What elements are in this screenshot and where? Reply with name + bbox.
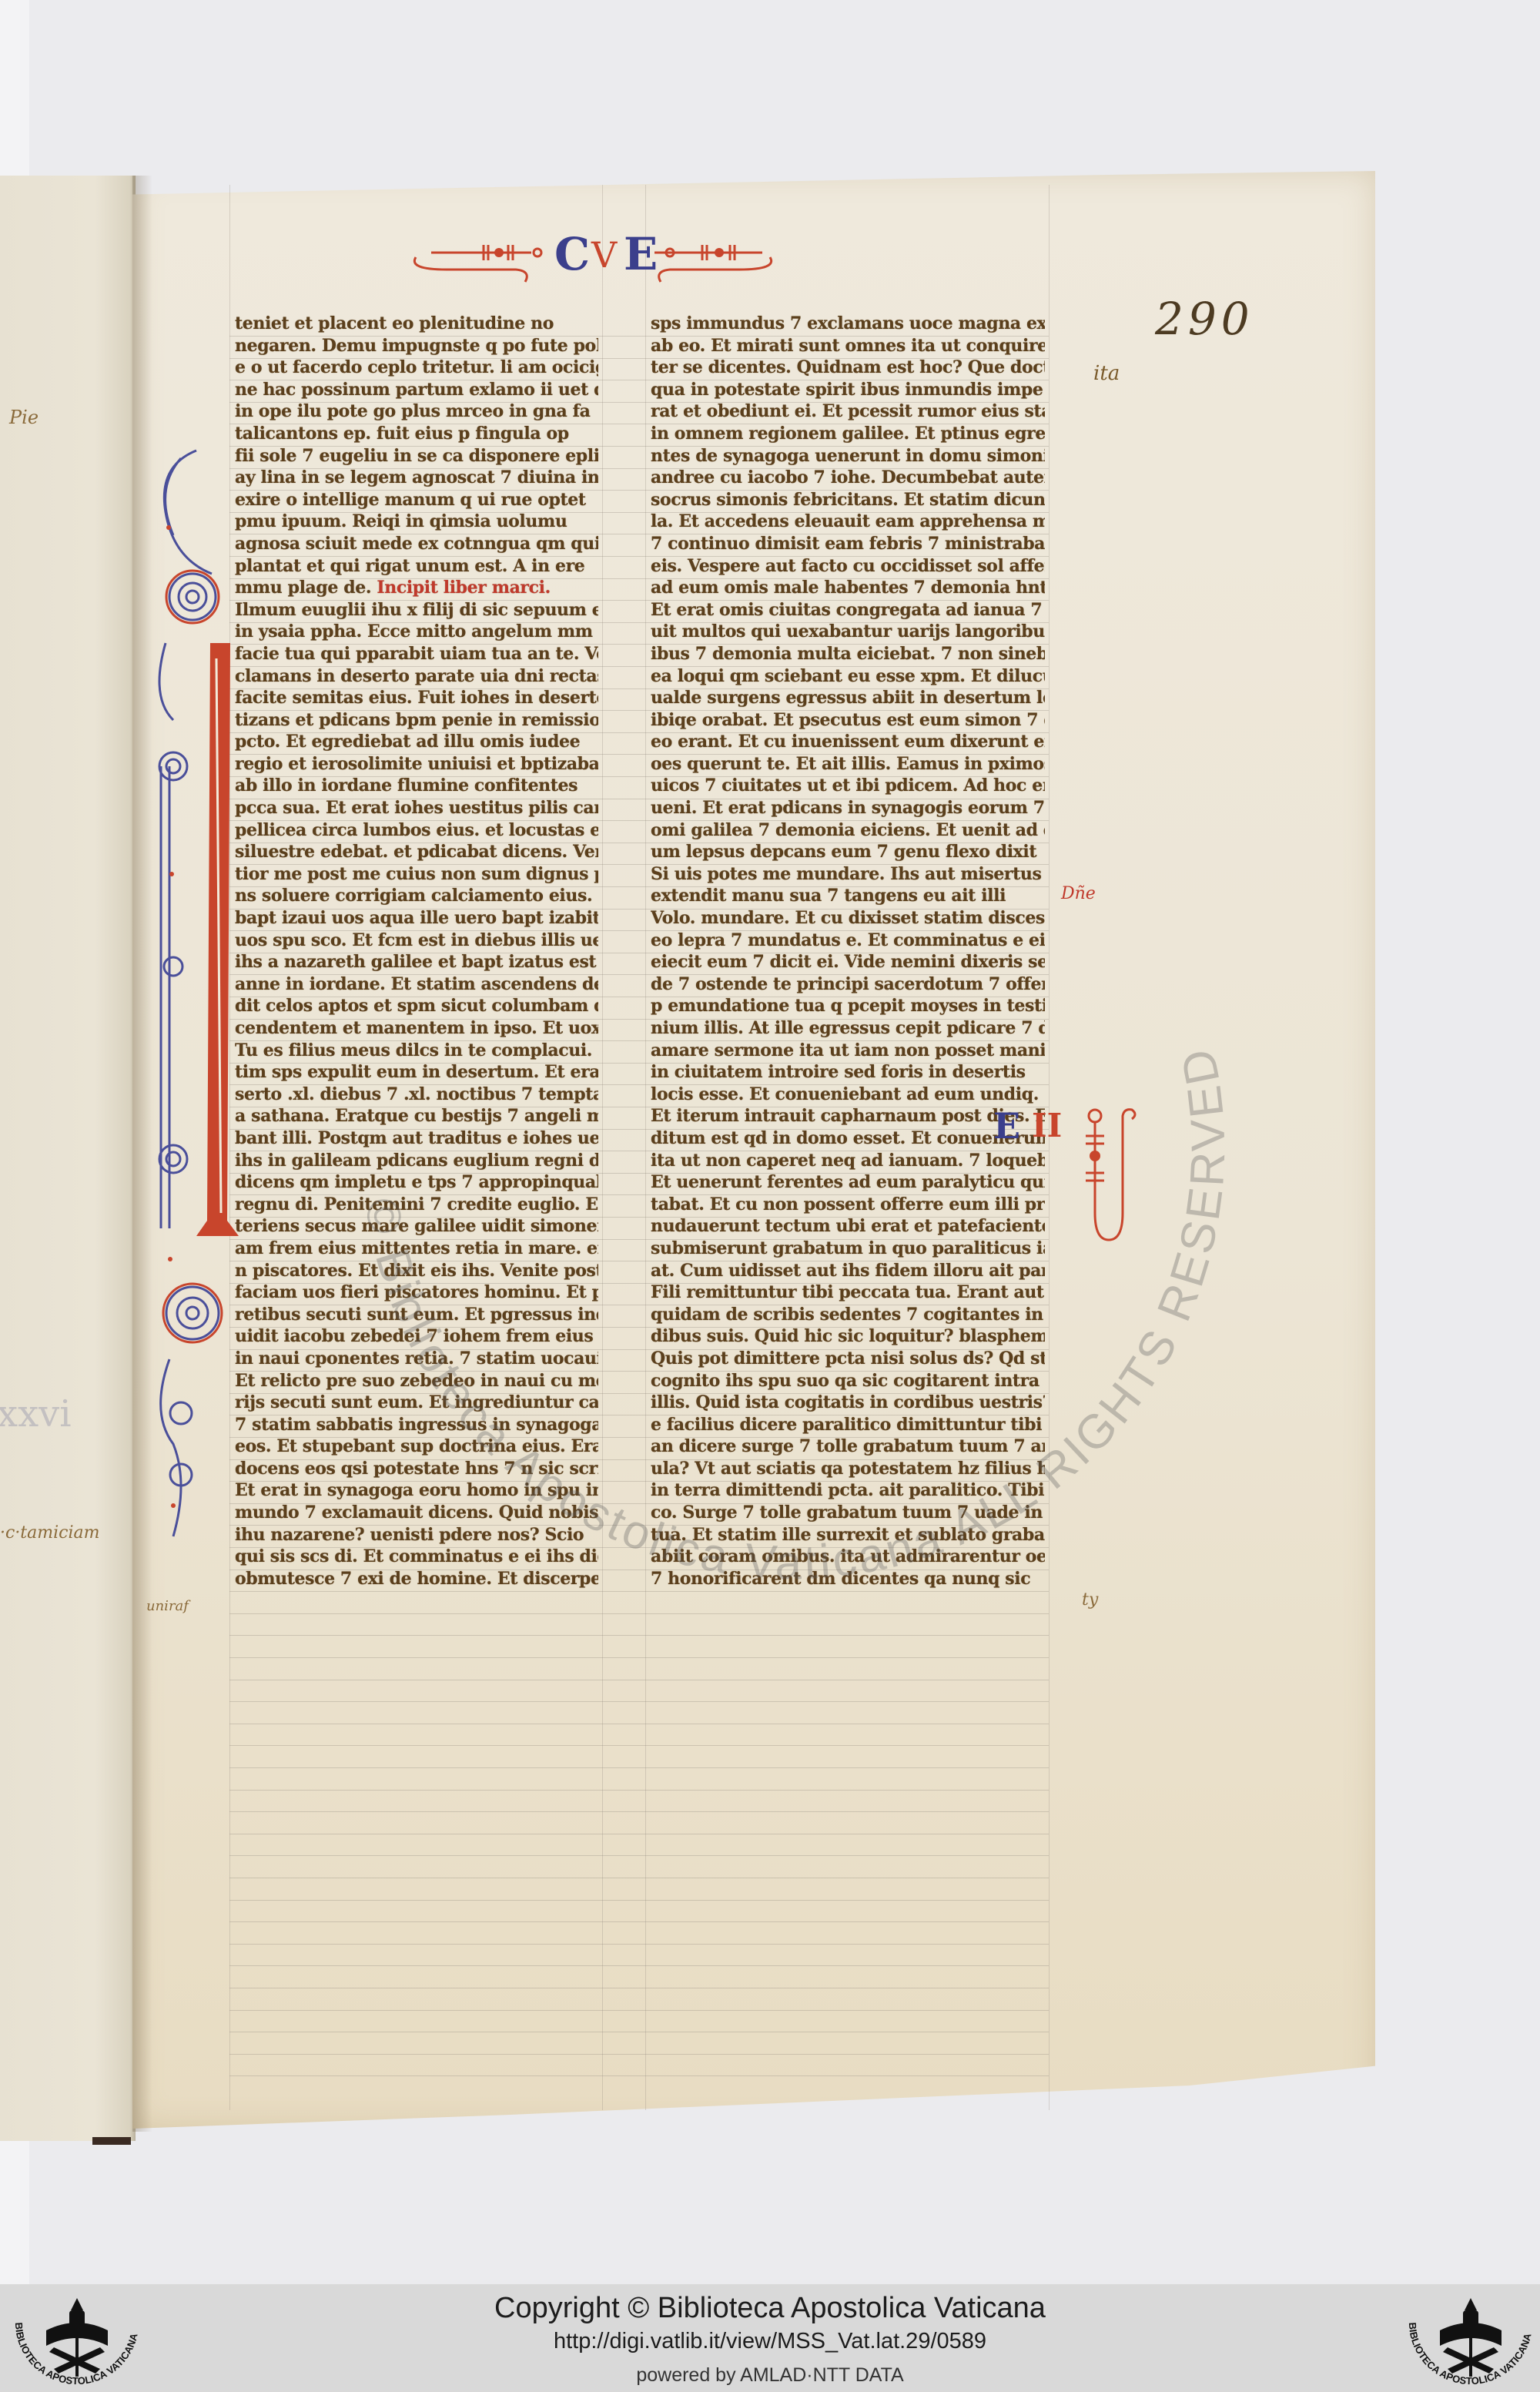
manuscript-line: in omnem regionem galilee. Et ptinus egr… xyxy=(651,423,1045,445)
manuscript-line: dit celos aptos et spm sicut columbam de… xyxy=(235,995,598,1017)
manuscript-line: nium illis. At ille egressus cepit pdica… xyxy=(651,1017,1045,1040)
manuscript-line: serto .xl. diebus 7 .xl. noctibus 7 temp… xyxy=(235,1084,598,1106)
folio-number: 290 xyxy=(1155,293,1254,345)
chapter-initial-e: E xyxy=(993,1105,1020,1147)
manuscript-line: cognito ihs spu suo qa sic cogitarent in… xyxy=(651,1370,1045,1392)
binding-edge xyxy=(92,2137,131,2145)
ruling-line xyxy=(229,2075,1049,2076)
manuscript-line: rat et obediunt ei. Et pcessit rumor eiu… xyxy=(651,400,1045,423)
ruling-vertical xyxy=(602,185,603,2110)
manuscript-line: ibus 7 demonia multa eiciebat. 7 non sin… xyxy=(651,643,1045,665)
manuscript-line: e o ut facerdo ceplo tritetur. li am oci… xyxy=(235,357,598,379)
ruling-line xyxy=(229,1900,1049,1901)
manuscript-line: Fili remittuntur tibi peccata tua. Erant… xyxy=(651,1281,1045,1304)
ruling-line xyxy=(229,1855,1049,1856)
manuscript-line: in ciuitatem introire sed foris in deser… xyxy=(651,1061,1045,1084)
manuscript-line: Et erat omis ciuitas congregata ad ianua… xyxy=(651,599,1045,621)
left-page: Pie xxvi ·c·tamiciam xyxy=(0,176,136,2141)
manuscript-line: tior me post me cuius non sum dignus pcu… xyxy=(235,863,598,886)
manuscript-line: fii sole 7 eugeliu in se ca disponere ep… xyxy=(235,445,598,467)
ruling-line xyxy=(229,1988,1049,1988)
manuscript-line: eiecit eum 7 dicit ei. Vide nemini dixer… xyxy=(651,951,1045,973)
manuscript-line: tim sps expulit eum in desertum. Et erat… xyxy=(235,1061,598,1084)
manuscript-line: teniet et placent eo plenitudine no xyxy=(235,313,598,335)
manuscript-line: bant illi. Postqm aut traditus e iohes u… xyxy=(235,1127,598,1150)
manuscript-line: ns soluere corrigiam calciamento eius. E… xyxy=(235,885,598,907)
manuscript-line: dicens qm impletu e tps 7 appropinquabit xyxy=(235,1171,598,1194)
manuscript-line: ibiqe orabat. Et psecutus est eum simon … xyxy=(651,709,1045,732)
ruling-line xyxy=(229,1944,1049,1945)
manuscript-line: Ilmum euuglii ihu x filij di sic sepuum … xyxy=(235,599,598,621)
manuscript-line: n piscatores. Et dixit eis ihs. Venite p… xyxy=(235,1260,598,1282)
manuscript-line: teriens secus mare galilee uidit simonem… xyxy=(235,1215,598,1238)
manuscript-line: oes querunt te. Et ait illis. Eamus in p… xyxy=(651,753,1045,776)
manuscript-line: eo lepra 7 mundatus e. Et comminatus e e… xyxy=(651,930,1045,952)
manuscript-line: co. Surge 7 tolle grabatum tuum 7 uade i… xyxy=(651,1502,1045,1524)
manuscript-line: ihs a nazareth galilee et bapt izatus es… xyxy=(235,951,598,973)
manuscript-line: rijs secuti sunt eum. Et ingrediuntur ca… xyxy=(235,1392,598,1414)
ruling-vertical xyxy=(645,185,646,2110)
margin-note-left-page: ·c·tamiciam xyxy=(0,1523,100,1543)
footer-url-link[interactable]: http://digi.vatlib.it/view/MSS_Vat.lat.2… xyxy=(0,2329,1540,2354)
manuscript-line: Volo. mundare. Et cu dixisset statim dis… xyxy=(651,907,1045,930)
manuscript-line: Si uis potes me mundare. Ihs aut misertu… xyxy=(651,863,1045,886)
manuscript-line: faciam uos fieri piscatores hominu. Et p… xyxy=(235,1281,598,1304)
footer-powered-by: powered by AMLAD·NTT DATA xyxy=(0,2364,1540,2387)
text-column-left: teniet et placent eo plenitudine nonegar… xyxy=(235,313,598,1590)
manuscript-line: mmu plage de. Incipit liber marci. xyxy=(235,577,598,599)
manuscript-line: am frem eius mittentes retia in mare. er… xyxy=(235,1238,598,1260)
ruling-line xyxy=(229,1767,1049,1768)
manuscript-line: ter se dicentes. Quidnam est hoc? Que do… xyxy=(651,357,1045,379)
manuscript-line: in terra dimittendi pcta. ait paralitico… xyxy=(651,1479,1045,1502)
manuscript-line: andree cu iacobo 7 iohe. Decumbebat aute… xyxy=(651,467,1045,489)
manuscript-line: anne in iordane. Et statim ascendens de … xyxy=(235,973,598,996)
manuscript-line: bapt izaui uos aqua ille uero bapt izabi… xyxy=(235,907,598,930)
manuscript-line: um lepsus depcans eum 7 genu flexo dixit xyxy=(651,841,1045,863)
manuscript-line: Et relicto pre suo zebedeo in naui cu me… xyxy=(235,1370,598,1392)
manuscript-line: ueni. Et erat pdicans in synagogis eorum… xyxy=(651,797,1045,819)
manuscript-line: plantat et qui rigat unum est. A in ere xyxy=(235,555,598,578)
manuscript-line: p emundatione tua q pcepit moyses in tes… xyxy=(651,995,1045,1017)
running-head-letter-e: E xyxy=(624,228,658,280)
margin-note-ty: ty xyxy=(1082,1590,1098,1610)
manuscript-line: qui sis scs di. Et comminatus e ei ihs d… xyxy=(235,1546,598,1568)
manuscript-line: ditum est qd in domo esset. Et conueneru… xyxy=(651,1127,1045,1150)
manuscript-line: exire o intellige manum q ui rue optet xyxy=(235,489,598,511)
ruling-line xyxy=(229,1635,1049,1636)
manuscript-line: clamans in deserto parate uia dni rectas xyxy=(235,665,598,688)
manuscript-line: facite semitas eius. Fuit iohes in deser… xyxy=(235,687,598,709)
ruling-line xyxy=(229,1680,1049,1680)
manuscript-line: pcto. Et egrediebat ad illu omis iudee xyxy=(235,731,598,753)
manuscript-line: ne hac possinum partum exlamo ii uet q xyxy=(235,379,598,401)
manuscript-line: cendentem et manentem in ipso. Et uox fc… xyxy=(235,1017,598,1040)
margin-note-dne: Dñe xyxy=(1061,884,1096,903)
vatican-library-logo-icon: BIBLIOTECA APOSTOLICA VATICANA xyxy=(1394,2292,1540,2390)
manuscript-line: ab illo in iordane flumine confitentes xyxy=(235,775,598,797)
manuscript-line: omi galilea 7 demonia eiciens. Et uenit … xyxy=(651,819,1045,842)
ruling-line xyxy=(229,2054,1049,2055)
manuscript-line: ab eo. Et mirati sunt omnes ita ut conqu… xyxy=(651,335,1045,357)
margin-numeral-left: xxvi xyxy=(0,1392,72,1436)
manuscript-line: uos spu sco. Et fcm est in diebus illis … xyxy=(235,930,598,952)
manuscript-line: ita ut non caperet neq ad ianuam. 7 loqu… xyxy=(651,1150,1045,1172)
margin-note-left-top: Pie xyxy=(9,407,38,428)
manuscript-line: talicantons ep. fuit eius p fingula op xyxy=(235,423,598,445)
manuscript-line: mundo 7 exclamauit dicens. Quid nobis 7 … xyxy=(235,1502,598,1524)
manuscript-line: in ope ilu pote go plus mrceo in gna fa xyxy=(235,400,598,423)
manuscript-line: locis esse. Et conueniebant ad eum undiq… xyxy=(651,1084,1045,1106)
manuscript-line: siluestre edebat. et pdicabat dicens. Ve… xyxy=(235,841,598,863)
ruling-line xyxy=(229,1834,1049,1834)
manuscript-line: 7 statim sabbatis ingressus in synagogam… xyxy=(235,1414,598,1436)
manuscript-line: amare sermone ita ut iam non posset mani… xyxy=(651,1040,1045,1062)
ruling-line xyxy=(229,1811,1049,1812)
manuscript-line: eos. Et stupebant sup doctrina eius. Era… xyxy=(235,1436,598,1458)
manuscript-line: uidit iacobu zebedei 7 iohem frem eius 7… xyxy=(235,1325,598,1348)
manuscript-line: pmu ipuum. Reiqi in qimsia uolumu xyxy=(235,511,598,533)
manuscript-line: ihu nazarene? uenisti pdere nos? Scio xyxy=(235,1524,598,1546)
manuscript-line: pellicea circa lumbos eius. et locustas … xyxy=(235,819,598,842)
manuscript-line: Et uenerunt ferentes ad eum paralyticu q… xyxy=(651,1171,1045,1194)
manuscript-line: obmutesce 7 exi de homine. Et discerpens… xyxy=(235,1568,598,1590)
manuscript-line: illis. Quid ista cogitatis in cordibus u… xyxy=(651,1392,1045,1414)
running-head-letter-v: V xyxy=(591,234,617,276)
margin-note-ita: ita xyxy=(1093,362,1120,385)
manuscript-line: pcca sua. Et erat iohes uestitus pilis c… xyxy=(235,797,598,819)
manuscript-line: docens eos qsi potestate hns 7 n sic scr… xyxy=(235,1458,598,1480)
manuscript-line: regio et ierosolimite uniuisi et bptizab… xyxy=(235,753,598,776)
manuscript-line: regnu di. Penitemini 7 credite euglio. E… xyxy=(235,1194,598,1216)
manuscript-line: at. Cum uidisset aut ihs fidem illoru ai… xyxy=(651,1260,1045,1282)
manuscript-line: uicos 7 ciuitates ut et ibi pdicem. Ad h… xyxy=(651,775,1045,797)
manuscript-line: submiserunt grabatum in quo paraliticus … xyxy=(651,1238,1045,1260)
manuscript-line: e facilius dicere paralitico dimittuntur… xyxy=(651,1414,1045,1436)
manuscript-line: Et erat in synagoga eoru homo in spu im xyxy=(235,1479,598,1502)
manuscript-line: facie tua qui pparabit uiam tua an te. V… xyxy=(235,643,598,665)
ruling-line xyxy=(229,1790,1049,1791)
ruling-line xyxy=(229,2010,1049,2011)
manuscript-line: ihs in galileam pdicans euglium regni di xyxy=(235,1150,598,1172)
image-viewer: Pie xxvi ·c·tamiciam C V E 290 xyxy=(0,0,1540,2284)
manuscript-line: in naui cponentes retia. 7 statim uocaui… xyxy=(235,1348,598,1370)
manuscript-line: ula? Vt aut sciatis qa potestatem hz fil… xyxy=(651,1458,1045,1480)
ruling-line xyxy=(229,1613,1049,1614)
chapter-marker: E II xyxy=(993,1105,1163,1244)
manuscript-line: ualde surgens egressus abiit in desertum… xyxy=(651,687,1045,709)
ruling-line xyxy=(229,1591,1049,1592)
manuscript-line: la. Et accedens eleuauit eam apprehensa … xyxy=(651,511,1045,533)
ruling-line xyxy=(229,1745,1049,1746)
manuscript-line: ay lina in se legem agnoscat 7 diuina in xyxy=(235,467,598,489)
rubric-incipit: Incipit liber marci. xyxy=(377,578,550,598)
manuscript-line: sps immundus 7 exclamans uoce magna exiu… xyxy=(651,313,1045,335)
manuscript-line: eis. Vespere aut facto cu occidisset sol… xyxy=(651,555,1045,578)
manuscript-line: agnosa sciuit mede ex cotnngua qm qui xyxy=(235,533,598,555)
manuscript-line: Et iterum intrauit capharnaum post dies.… xyxy=(651,1105,1045,1127)
ruling-line xyxy=(229,1878,1049,1878)
decorated-initial-i-icon xyxy=(150,443,243,1575)
chapter-numeral: II xyxy=(1032,1107,1062,1144)
manuscript-line: retibus secuti sunt eum. Et pgressus ind… xyxy=(235,1304,598,1326)
manuscript-line: uit multos qui uexabantur uarijs langori… xyxy=(651,621,1045,643)
ruling-line xyxy=(229,1921,1049,1922)
running-head-letter-c: C xyxy=(554,228,590,280)
manuscript-line: a sathana. Eratque cu bestijs 7 angeli m… xyxy=(235,1105,598,1127)
manuscript-line: 7 honorificarent dm dicentes qa nunq sic xyxy=(651,1568,1045,1590)
manuscript-line: tua. Et statim ille surrexit et sublato … xyxy=(651,1524,1045,1546)
ruling-line xyxy=(229,2032,1049,2032)
footer-copyright-text: Copyright © Biblioteca Apostolica Vatica… xyxy=(0,2292,1540,2325)
ruling-line xyxy=(229,1965,1049,1966)
manuscript-line: ad eum omis male habentes 7 demonia hnte… xyxy=(651,577,1045,599)
manuscript-line: tabat. Et cu non possent offerre eum ill… xyxy=(651,1194,1045,1216)
manuscript-line: eo erant. Et cu inuenissent eum dixerunt… xyxy=(651,731,1045,753)
manuscript-line: nudauerunt tectum ubi erat et patefacien… xyxy=(651,1215,1045,1238)
manuscript-line: ea loqui qm sciebant eu esse xpm. Et dil… xyxy=(651,665,1045,688)
ruling-line xyxy=(229,1657,1049,1658)
copyright-footer: BIBLIOTECA APOSTOLICA VATICANA Copyright… xyxy=(0,2284,1540,2392)
manuscript-line: dibus suis. Quid hic sic loquitur? blasp… xyxy=(651,1325,1045,1348)
manuscript-line: an dicere surge 7 tolle grabatum tuum 7 … xyxy=(651,1436,1045,1458)
manuscript-line: 7 continuo dimisit eam febris 7 ministra… xyxy=(651,533,1045,555)
manuscript-line: de 7 ostende te principi sacerdotum 7 of… xyxy=(651,973,1045,996)
manuscript-line: tizans et pdicans bpm penie in remission… xyxy=(235,709,598,732)
margin-note-left-bottom: uniraf xyxy=(146,1598,189,1614)
ruling-line xyxy=(229,1724,1049,1724)
manuscript-line: Tu es filius meus dilcs in te complacui.… xyxy=(235,1040,598,1062)
manuscript-line: extendit manu sua 7 tangens eu ait illi xyxy=(651,885,1045,907)
manuscript-line: Quis pot dimittere pcta nisi solus ds? Q… xyxy=(651,1348,1045,1370)
manuscript-line: qua in potestate spirit ibus inmundis im… xyxy=(651,379,1045,401)
manuscript-line: socrus simonis febricitans. Et statim di… xyxy=(651,489,1045,511)
manuscript-line: quidam de scribis sedentes 7 cogitantes … xyxy=(651,1304,1045,1326)
manuscript-line: negaren. Demu impugnste q po fute polli xyxy=(235,335,598,357)
manuscript-line: ntes de synagoga uenerunt in domu simoni… xyxy=(651,445,1045,467)
text-column-right: sps immundus 7 exclamans uoce magna exiu… xyxy=(651,313,1045,1590)
manuscript-line: in ysaia ppha. Ecce mitto angelum mm an xyxy=(235,621,598,643)
ruling-line xyxy=(229,1701,1049,1702)
paragraph-flourish-icon xyxy=(1078,1105,1155,1244)
running-head: C V E xyxy=(400,225,785,286)
manuscript-line: abiit coram omibus. ita ut admirarentur … xyxy=(651,1546,1045,1568)
